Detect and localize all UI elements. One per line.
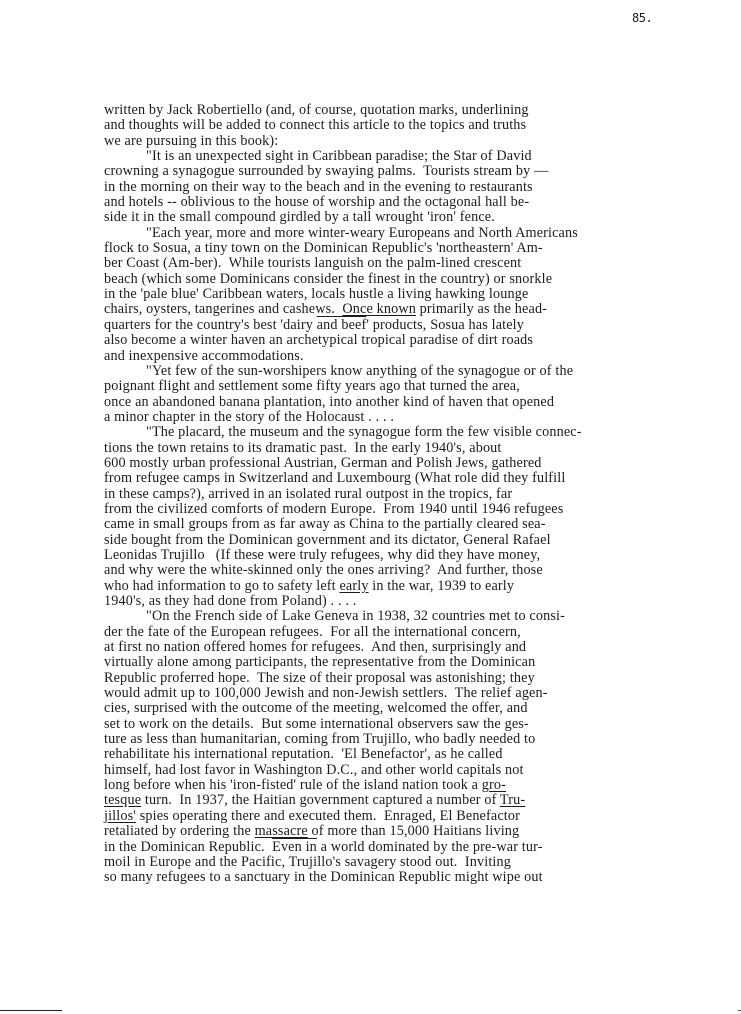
text-line: crowning a synagogue surrounded by swayi… [104,164,664,179]
underlined-text: massacre [255,823,308,839]
text-line: flock to Sosua, a tiny town on the Domin… [104,241,664,256]
text-line: in the Dominican Republic. Even in a wor… [104,840,664,855]
text-segment: retaliated by ordering the [104,823,255,839]
text-line: "Each year, more and more winter-weary E… [104,226,664,241]
text-segment: long before when his 'iron-fisted' rule … [104,777,482,793]
text-line: and why were the white-skinned only the … [104,563,664,578]
text-segment: a world dominated by the pre-war tur- [317,839,543,855]
text-line: side it in the small compound girdled by… [104,210,664,225]
text-line: 600 mostly urban professional Austrian, … [104,456,664,471]
text-line: we are pursuing in this book): [104,134,664,149]
text-line: der the fate of the European refugees. F… [104,625,664,640]
text-line: quarters for the country's best 'dairy a… [104,318,664,333]
document-body: written by Jack Robertiello (and, of cou… [104,103,664,886]
text-line: cies, surprised with the outcome of the … [104,701,664,716]
underlined-text: Tru- [500,792,525,808]
text-line: in the morning on their way to the beach… [104,180,664,195]
overlined-text: and beef [317,317,367,333]
underlined-text: jillos' [104,808,136,824]
text-segment: turn. In 1937, the Haitian government ca… [141,792,500,808]
text-segment: primarily as the head- [416,301,547,317]
text-line: himself, had lost favor in Washington D.… [104,763,664,778]
text-line: so many refugees to a sanctuary in the D… [104,870,664,885]
text-line: in these camps?), arrived in an isolated… [104,487,664,502]
text-line: ture as less than humanitarian, coming f… [104,732,664,747]
text-line: and thoughts will be added to connect th… [104,118,664,133]
text-line: a minor chapter in the story of the Holo… [104,410,664,425]
text-line: came in small groups from as far away as… [104,517,664,532]
text-line: tesque turn. In 1937, the Haitian govern… [104,793,664,808]
text-line: written by Jack Robertiello (and, of cou… [104,103,664,118]
text-line: "Yet few of the sun-worshipers know anyt… [104,364,664,379]
text-segment: in the Dominican Republic. [104,839,272,855]
text-line: long before when his 'iron-fisted' rule … [104,778,664,793]
text-line: Leonidas Trujillo (If these were truly r… [104,548,664,563]
text-line: ber Coast (Am-ber). While tourists langu… [104,256,664,271]
text-segment: ' products, Sosua has lately [366,317,524,333]
text-line: who had information to go to safety left… [104,579,664,594]
text-line: also become a winter haven an archetypic… [104,333,664,348]
text-line: "It is an unexpected sight in Caribbean … [104,149,664,164]
text-segment: spies operating there and executed them.… [136,808,520,824]
text-line: 1940's, as they had done from Poland) . … [104,594,664,609]
text-line: moil in Europe and the Pacific, Trujillo… [104,855,664,870]
page-number: 85. [632,11,652,25]
text-line: Republic proferred hope. The size of the… [104,671,664,686]
text-line: and hotels -- oblivious to the house of … [104,195,664,210]
text-line: once an abandoned banana plantation, int… [104,395,664,410]
text-line: poignant flight and settlement some fift… [104,379,664,394]
underlined-text: Once known [342,301,416,317]
text-line: jillos' spies operating there and execut… [104,809,664,824]
text-line: beach (which some Dominicans consider th… [104,272,664,287]
text-line: from refugee camps in Switzerland and Lu… [104,471,664,486]
text-line: set to work on the details. But some int… [104,717,664,732]
underlined-text: gro- [482,777,506,793]
underlined-text: early [339,578,368,594]
text-segment: in the war, 1939 to early [369,578,515,594]
underlined-text: tesque [104,792,141,808]
text-line: in the 'pale blue' Caribbean waters, loc… [104,287,664,302]
text-line: would admit up to 100,000 Jewish and non… [104,686,664,701]
text-line: chairs, oysters, tangerines and cashews.… [104,302,664,317]
text-line: retaliated by ordering the massacre of m… [104,824,664,839]
text-line: rehabilitate his international reputatio… [104,747,664,762]
text-line: at first no nation offered homes for ref… [104,640,664,655]
text-line: "On the French side of Lake Geneva in 19… [104,609,664,624]
text-line: "The placard, the museum and the synagog… [104,425,664,440]
text-segment: of more than 15,000 Haitians living [308,823,519,839]
text-line: virtually alone among participants, the … [104,655,664,670]
text-segment: who had information to go to safety left [104,578,339,594]
text-line: and inexpensive accommodations. [104,349,664,364]
text-segment: chairs, oysters, tangerines and cashews. [104,301,342,317]
text-line: side bought from the Dominican governmen… [104,533,664,548]
page-edge-mark [0,1010,62,1011]
overlined-text: Even in [272,839,317,855]
text-line: from the civilized comforts of modern Eu… [104,502,664,517]
text-segment: quarters for the country's best 'dairy [104,317,317,333]
text-line: tions the town retains to its dramatic p… [104,441,664,456]
